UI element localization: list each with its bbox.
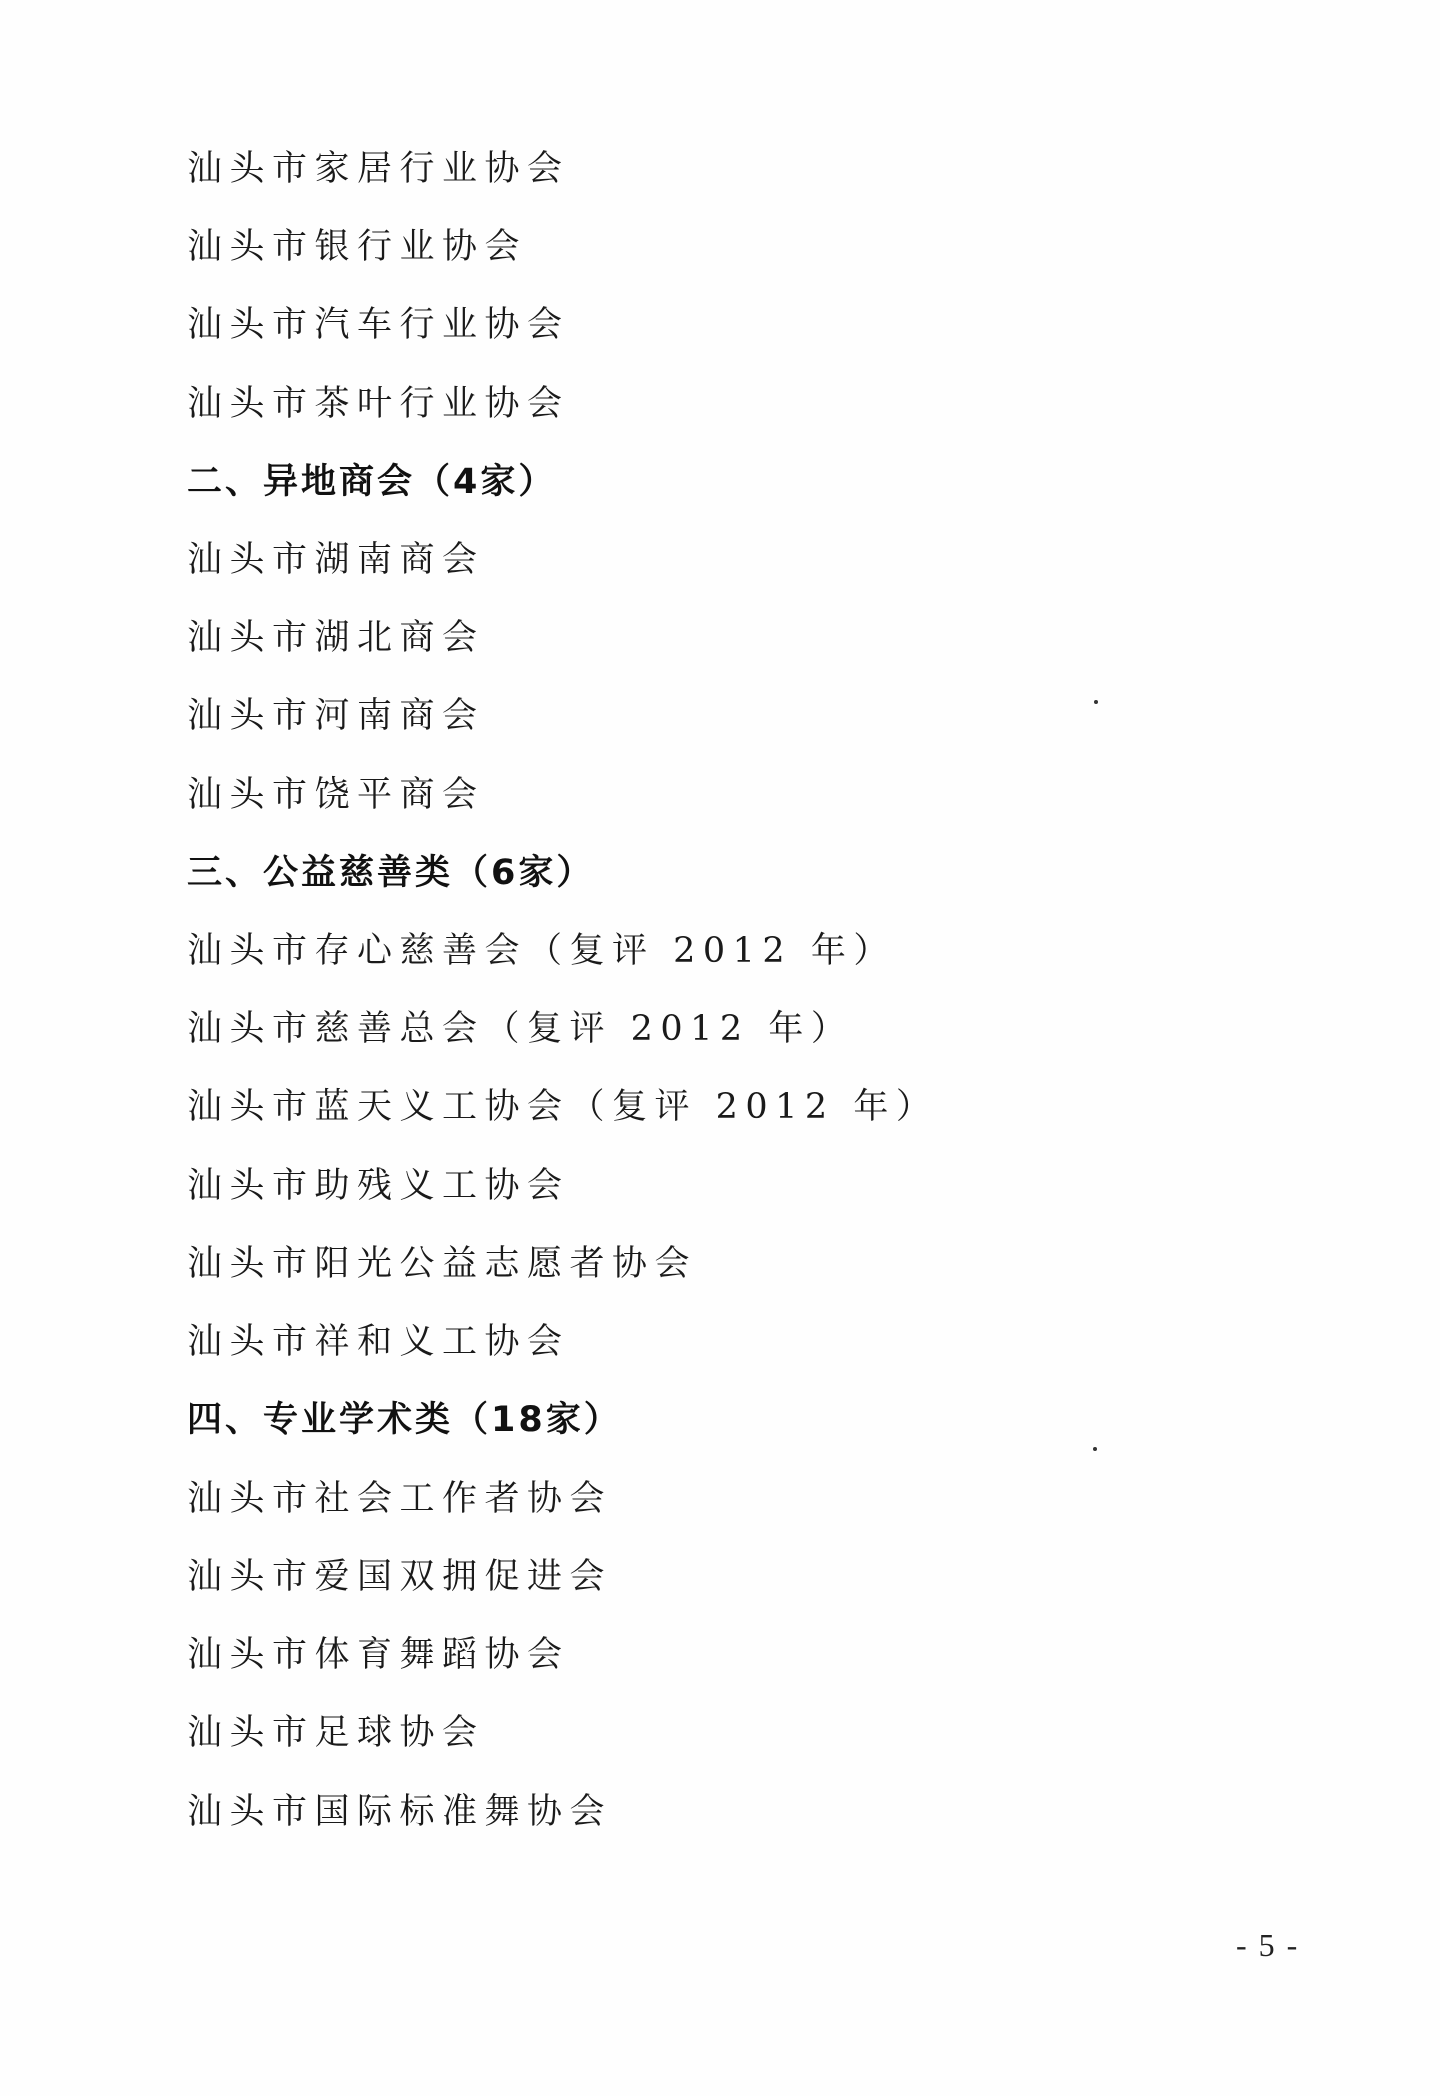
list-item: 汕头市湖南商会: [187, 530, 485, 590]
list-item: 汕头市爱国双拥促进会: [187, 1547, 612, 1607]
list-item: 汕头市祥和义工协会: [187, 1312, 570, 1372]
list-item: 汕头市茶叶行业协会: [187, 374, 570, 434]
list-item: 汕头市家居行业协会: [187, 139, 570, 199]
list-item: 汕头市国际标准舞协会: [187, 1782, 612, 1842]
section-heading: 二、异地商会（4家）: [187, 452, 556, 512]
list-item: 汕头市慈善总会（复评 2012 年）: [187, 999, 853, 1059]
list-item: 汕头市足球协会: [187, 1703, 485, 1763]
scan-speck: [1094, 700, 1098, 704]
list-item: 汕头市河南商会: [187, 686, 485, 746]
list-item: 汕头市汽车行业协会: [187, 295, 570, 355]
list-item: 汕头市社会工作者协会: [187, 1469, 612, 1529]
section-heading: 三、公益慈善类（6家）: [187, 843, 594, 903]
page-number: - 5 -: [1236, 1922, 1299, 1968]
list-item: 汕头市银行业协会: [187, 217, 527, 277]
list-item: 汕头市湖北商会: [187, 608, 485, 668]
list-item: 汕头市存心慈善会（复评 2012 年）: [187, 921, 896, 981]
list-item: 汕头市助残义工协会: [187, 1156, 570, 1216]
list-item: 汕头市蓝天义工协会（复评 2012 年）: [187, 1077, 938, 1137]
list-item: 汕头市饶平商会: [187, 765, 485, 825]
list-item: 汕头市阳光公益志愿者协会: [187, 1234, 697, 1294]
scan-speck: [1093, 1447, 1097, 1451]
section-heading: 四、专业学术类（18家）: [187, 1390, 622, 1450]
document-page: 汕头市家居行业协会 汕头市银行业协会 汕头市汽车行业协会 汕头市茶叶行业协会 二…: [0, 0, 1440, 2096]
list-item: 汕头市体育舞蹈协会: [187, 1625, 570, 1685]
